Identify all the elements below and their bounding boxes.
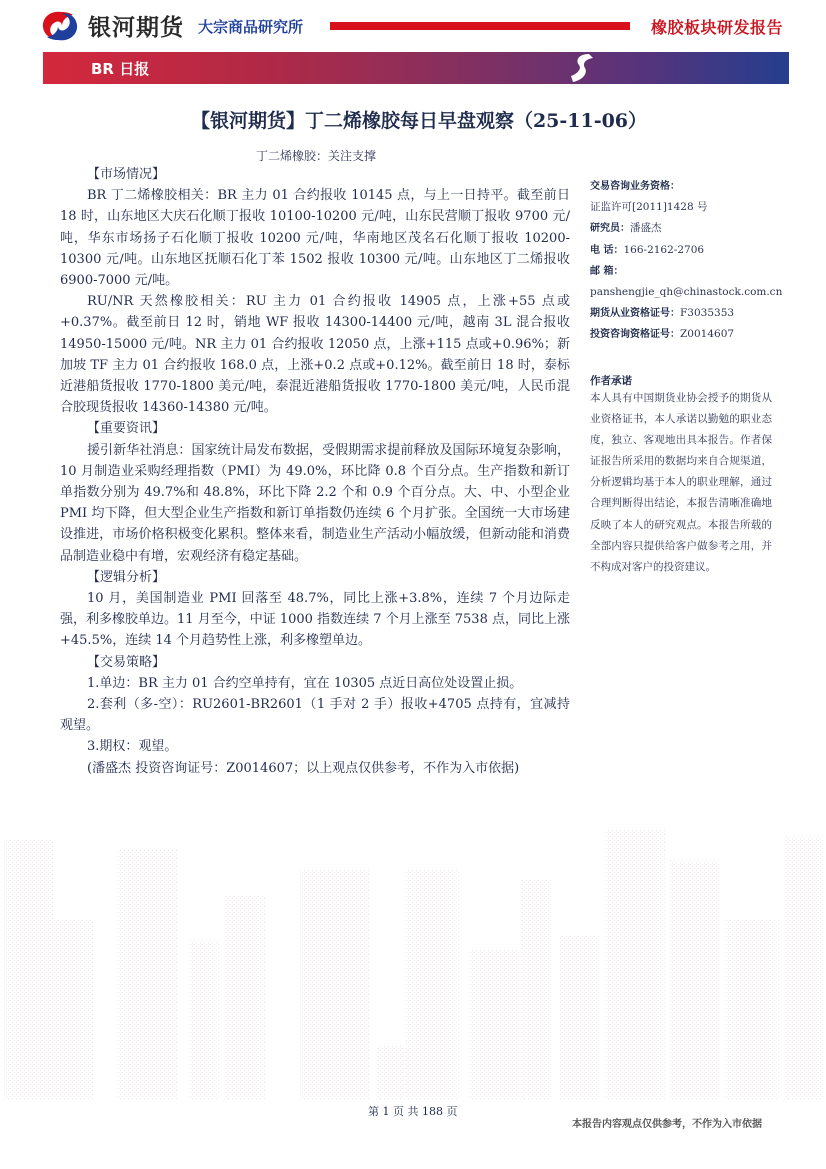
section-heading-market: 【市场情况】 — [60, 164, 570, 185]
paragraph-logic: 10 月，美国制造业 PMI 回落至 48.7%，同比上涨+3.8%，连续 7 … — [60, 588, 570, 652]
institute-name: 大宗商品研究所 — [198, 16, 303, 37]
researcher-label: 研究员： — [590, 223, 630, 234]
researcher-value: 潘盛杰 — [630, 222, 662, 234]
s-swoosh-icon — [563, 52, 603, 84]
futures-cert-label: 期货从业资格证号： — [590, 308, 680, 319]
section-heading-news: 【重要资讯】 — [60, 418, 570, 439]
brand-name: 银河期货 — [88, 9, 184, 42]
skyline-watermark — [0, 810, 826, 1100]
paragraph-br: BR 丁二烯橡胶相关：BR 主力 01 合约报收 10145 点，与上一日持平。… — [60, 185, 570, 291]
main-content: 【市场情况】 BR 丁二烯橡胶相关：BR 主力 01 合约报收 10145 点，… — [60, 164, 570, 779]
email-value[interactable]: panshengjie_qh@chinastock.com.cn — [590, 286, 782, 298]
document-title: 【银河期货】丁二烯橡胶每日早盘观察（25-11-06） — [0, 106, 826, 133]
strategy-item-arbitrage: 2.套利（多-空）：RU2601-BR2601（1 手对 2 手）报收+4705… — [60, 694, 570, 736]
header-divider — [330, 22, 630, 30]
galaxy-futures-logo-icon — [40, 10, 80, 42]
email-label: 邮 箱： — [590, 266, 623, 277]
futures-cert-value: F3035353 — [680, 307, 734, 319]
section-heading-strategy: 【交易策略】 — [60, 652, 570, 673]
strategy-disclaimer: (潘盛杰 投资咨询证号：Z0014607；以上观点仅供参考，不作为入市依据) — [60, 758, 570, 779]
report-type: 橡胶板块研发报告 — [651, 15, 783, 38]
strategy-item-single: 1.单边：BR 主力 01 合约空单持有，宜在 10305 点近日高位处设置止损… — [60, 673, 570, 694]
report-banner: BR 日报 — [43, 52, 789, 84]
strategy-item-options: 3.期权：观望。 — [60, 736, 570, 757]
page-indicator: 第 1 页 共 188 页 — [368, 1103, 457, 1119]
footer-disclaimer: 本报告内容观点仅供参考，不作为入市依据 — [572, 1115, 762, 1130]
paragraph-ru-nr: RU/NR 天然橡胶相关：RU 主力 01 合约报收 14905 点，上涨+55… — [60, 291, 570, 418]
pledge-body: 本人具有中国期货业协会授予的期货从业资格证书，本人承诺以勤勉的职业态度，独立、客… — [590, 388, 772, 578]
advisory-cert-label: 投资咨询资格证号： — [590, 329, 680, 340]
analyst-info: 交易咨询业务资格： 证监许可[2011]1428 号 研究员：潘盛杰 电 话：1… — [590, 176, 786, 346]
paragraph-news: 援引新华社消息：国家统计局发布数据，受假期需求提前释放及国际环境复杂影响，10 … — [60, 440, 570, 567]
qualification-value: 证监许可[2011]1428 号 — [590, 201, 707, 213]
section-heading-logic: 【逻辑分析】 — [60, 567, 570, 588]
phone-value: 166-2162-2706 — [623, 244, 704, 256]
qualification-label: 交易咨询业务资格： — [590, 181, 680, 192]
advisory-cert-value: Z0014607 — [680, 328, 734, 340]
pledge-title: 作者承诺 — [590, 373, 632, 388]
phone-label: 电 话： — [590, 245, 623, 256]
document-subtitle: 丁二烯橡胶：关注支撑 — [256, 147, 376, 164]
banner-label: BR 日报 — [91, 58, 149, 79]
